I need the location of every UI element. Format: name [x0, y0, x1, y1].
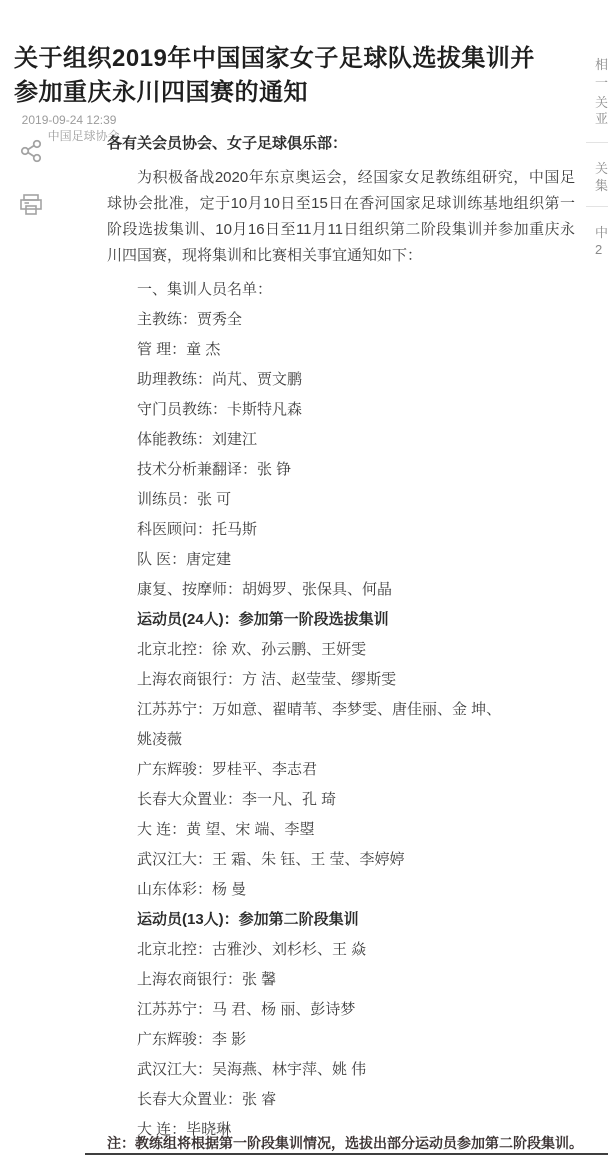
doc-line: 大 连：黄 望、宋 端、李曌	[107, 815, 575, 845]
sidebar-item-clipped[interactable]: 中	[595, 222, 608, 241]
intro-paragraph: 为积极备战2020年东京奥运会，经国家女足教练组研究，中国足球协会批准，定于10…	[107, 165, 575, 269]
printer-icon	[17, 191, 45, 219]
doc-line: 姚凌薇	[107, 725, 575, 755]
squad2-heading: 运动员(13人)：参加第二阶段集训	[107, 905, 575, 935]
doc-line: 助理教练：尚芃、贾文鹏	[107, 365, 575, 395]
doc-line: 上海农商银行：方 洁、赵莹莹、缪斯雯	[107, 665, 575, 695]
doc-line: 江苏苏宁：马 君、杨 丽、彭诗梦	[107, 995, 575, 1025]
squad1-heading: 运动员(24人)：参加第一阶段选拔集训	[107, 605, 575, 635]
share-icon	[18, 138, 44, 164]
doc-line: 康复、按摩师：胡姆罗、张保具、何晶	[107, 575, 575, 605]
sidebar-item-clipped[interactable]: 一	[595, 72, 608, 91]
sidebar-item-clipped[interactable]: 亚	[595, 108, 608, 127]
doc-line: 武汉江大：王 霜、朱 钰、王 莹、李婷婷	[107, 845, 575, 875]
doc-line: 武汉江大：吴海燕、林宇萍、姚 伟	[107, 1055, 575, 1085]
doc-line: 北京北控：徐 欢、孙云鹏、王妍雯	[107, 635, 575, 665]
sidebar-item-clipped[interactable]: 相	[595, 54, 608, 73]
note-underline	[85, 1153, 608, 1155]
doc-line: 广东辉骏：李 影	[107, 1025, 575, 1055]
doc-line: 管 理：童 杰	[107, 335, 575, 365]
related-sidebar-clipped: 相一关亚关集中2	[584, 0, 608, 300]
article-body: 各有关会员协会、女子足球俱乐部： 为积极备战2020年东京奥运会，经国家女足教练…	[107, 133, 575, 1145]
doc-line: 上海农商银行：张 馨	[107, 965, 575, 995]
doc-line: 江苏苏宁：万如意、翟晴苇、李梦雯、唐佳丽、金 坤、	[107, 695, 575, 725]
sidebar-divider	[586, 206, 608, 207]
sidebar-item-clipped[interactable]: 集	[595, 175, 608, 194]
doc-line: 长春大众置业：李一凡、孔 琦	[107, 785, 575, 815]
doc-line: 守门员教练：卡斯特凡森	[107, 395, 575, 425]
note-text: 注：教练组将根据第一阶段集训情况，选拔出部分运动员参加第二阶段集训。	[107, 1132, 583, 1154]
section-heading: 一、集训人员名单：	[107, 275, 575, 305]
doc-line: 体能教练：刘建江	[107, 425, 575, 455]
print-button[interactable]	[16, 190, 46, 220]
sidebar-item-clipped[interactable]: 2	[595, 242, 602, 257]
doc-line: 山东体彩：杨 曼	[107, 875, 575, 905]
sidebar-divider	[586, 142, 608, 143]
doc-line: 队 医：唐定建	[107, 545, 575, 575]
doc-line: 广东辉骏：罗桂平、李志君	[107, 755, 575, 785]
salutation: 各有关会员协会、女子足球俱乐部：	[107, 133, 575, 155]
doc-line: 科医顾问：托马斯	[107, 515, 575, 545]
squad1-list: 北京北控：徐 欢、孙云鹏、王妍雯上海农商银行：方 洁、赵莹莹、缪斯雯江苏苏宁：万…	[107, 635, 575, 905]
doc-line: 训练员：张 可	[107, 485, 575, 515]
doc-line: 北京北控：古雅沙、刘杉杉、王 焱	[107, 935, 575, 965]
publish-date: 2019-09-24 12:39	[22, 113, 117, 127]
tool-rail	[16, 136, 50, 220]
doc-line: 长春大众置业：张 睿	[107, 1085, 575, 1115]
squad2-list: 北京北控：古雅沙、刘杉杉、王 焱上海农商银行：张 馨江苏苏宁：马 君、杨 丽、彭…	[107, 935, 575, 1145]
doc-line: 技术分析兼翻译：张 铮	[107, 455, 575, 485]
staff-list: 主教练：贾秀全管 理：童 杰助理教练：尚芃、贾文鹏守门员教练：卡斯特凡森体能教练…	[107, 305, 575, 605]
doc-line: 主教练：贾秀全	[107, 305, 575, 335]
share-button[interactable]	[16, 136, 46, 166]
